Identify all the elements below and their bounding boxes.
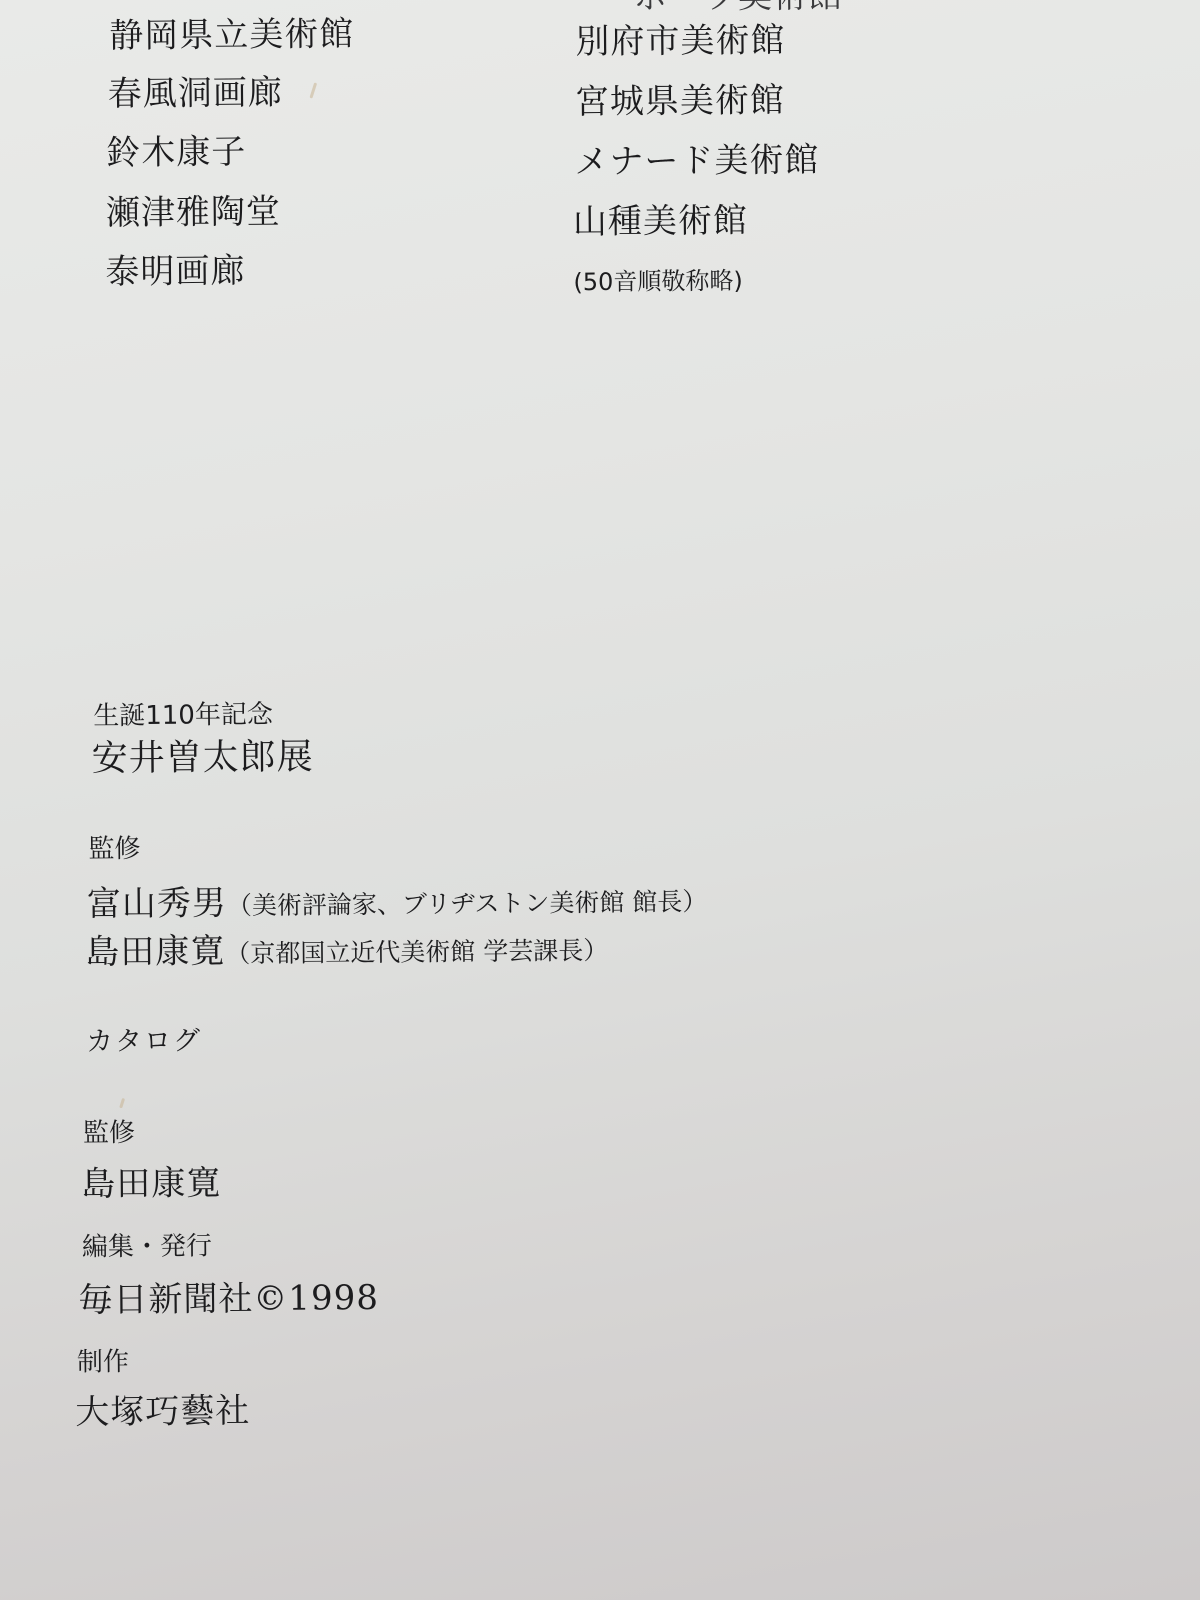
catalog-supervisor: 島田康寛	[81, 1163, 221, 1204]
supervisor-name: 富山秀男	[87, 883, 227, 924]
supervisor-name: 島田康寛	[85, 931, 225, 972]
lender-item: 泰明画廊	[105, 251, 245, 292]
supervision-label: 監修	[88, 834, 140, 864]
production-label: 制作	[77, 1347, 129, 1377]
lender-item: 山種美術館	[573, 201, 748, 243]
lender-item: 鈴木康子	[106, 132, 246, 173]
exhibition-title: 安井曽太郎展	[91, 736, 313, 780]
paper-speck	[309, 82, 317, 98]
paper-speck	[119, 1098, 125, 1108]
lender-item: 静岡県立美術館	[109, 14, 354, 56]
publisher: 毎日新聞社©1998	[78, 1278, 379, 1321]
lender-item: 宮城県美術館	[575, 80, 785, 122]
producer: 大塚巧藝社	[75, 1391, 250, 1433]
supervisor-affiliation: （京都国立近代美術館 学芸課長）	[225, 936, 608, 968]
lender-item: 別府市美術館	[575, 20, 785, 62]
catalog-heading: カタログ	[86, 1025, 202, 1058]
exhibition-subtitle: 生誕110年記念	[93, 700, 273, 732]
editing-publishing-label: 編集・発行	[82, 1231, 212, 1262]
lender-item: メナード美術館	[574, 140, 819, 182]
lender-cut-off-line: ポーラ美術館	[633, 0, 843, 18]
supervisor-affiliation: （美術評論家、ブリヂストン美術館 館長）	[227, 887, 708, 920]
supervisor-line: 富山秀男（美術評論家、ブリヂストン美術館 館長）	[87, 879, 708, 927]
lenders-order-note: (50音順敬称略)	[573, 261, 743, 302]
catalog-colophon-page: ポーラ美術館 静岡県立美術館 春風洞画廊 鈴木康子 瀬津雅陶堂 泰明画廊 別府市…	[0, 0, 1200, 1600]
supervisor-line: 島田康寛（京都国立近代美術館 学芸課長）	[85, 928, 608, 976]
catalog-supervision-label: 監修	[83, 1118, 135, 1148]
lender-item: 瀬津雅陶堂	[106, 192, 281, 234]
lender-item: 春風洞画廊	[108, 73, 283, 115]
